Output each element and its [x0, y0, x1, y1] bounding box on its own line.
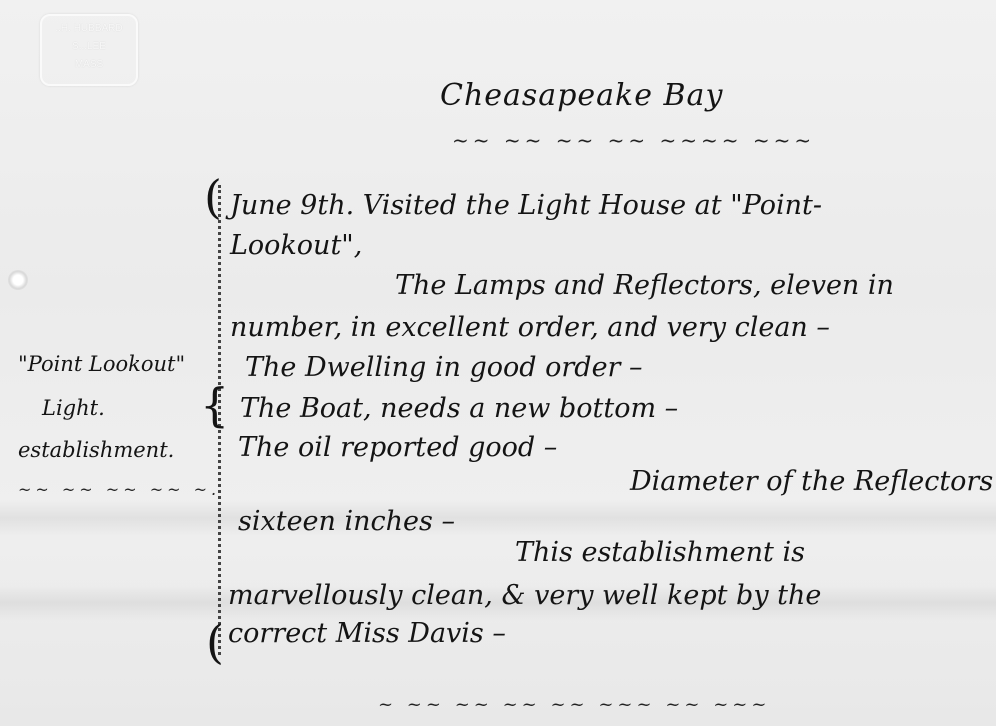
entry-line: June 9th. Visited the Light House at "Po… [230, 190, 822, 221]
binding-hole [8, 270, 28, 290]
page-title: Cheasapeake Bay [440, 78, 723, 113]
stamp-line: MASS [42, 56, 136, 74]
entry-line: number, in excellent order, and very cle… [230, 312, 830, 343]
entry-line: marvellously clean, & very well kept by … [228, 580, 821, 611]
closing-rule: ~ ~~ ~~ ~~ ~~ ~~~ ~~ ~~~ [378, 694, 770, 715]
entry-line: The Dwelling in good order – [245, 352, 643, 383]
entry-line: sixteen inches – [238, 506, 455, 537]
margin-note-line: Light. [42, 396, 105, 420]
brace-middle: { [200, 378, 229, 432]
embossed-stamp: ..H. HUBBARD S...LEE MASS [40, 14, 138, 86]
brace-bottom: ( [206, 615, 224, 669]
margin-note-line: establishment. [18, 438, 174, 462]
entry-line: Diameter of the Reflectors [630, 466, 993, 497]
entry-line: The Boat, needs a new bottom – [240, 393, 678, 424]
brace-top: ( [204, 170, 222, 224]
entry-line: This establishment is [515, 537, 805, 568]
stamp-line: S...LEE [42, 38, 136, 56]
title-rule: ~~ ~~ ~~ ~~ ~~~~ ~~~ [452, 128, 815, 152]
entry-line: correct Miss Davis – [228, 618, 506, 649]
entry-line: Lookout", [230, 230, 362, 261]
stamp-line: ..H. HUBBARD [42, 20, 136, 38]
paper-fold [0, 500, 996, 536]
entry-line: The oil reported good – [238, 432, 557, 463]
margin-note-rule: ~~ ~~ ~~ ~~ ~. [18, 480, 220, 499]
entry-line: The Lamps and Reflectors, eleven in [395, 270, 894, 301]
margin-note-line: "Point Lookout" [18, 352, 185, 376]
